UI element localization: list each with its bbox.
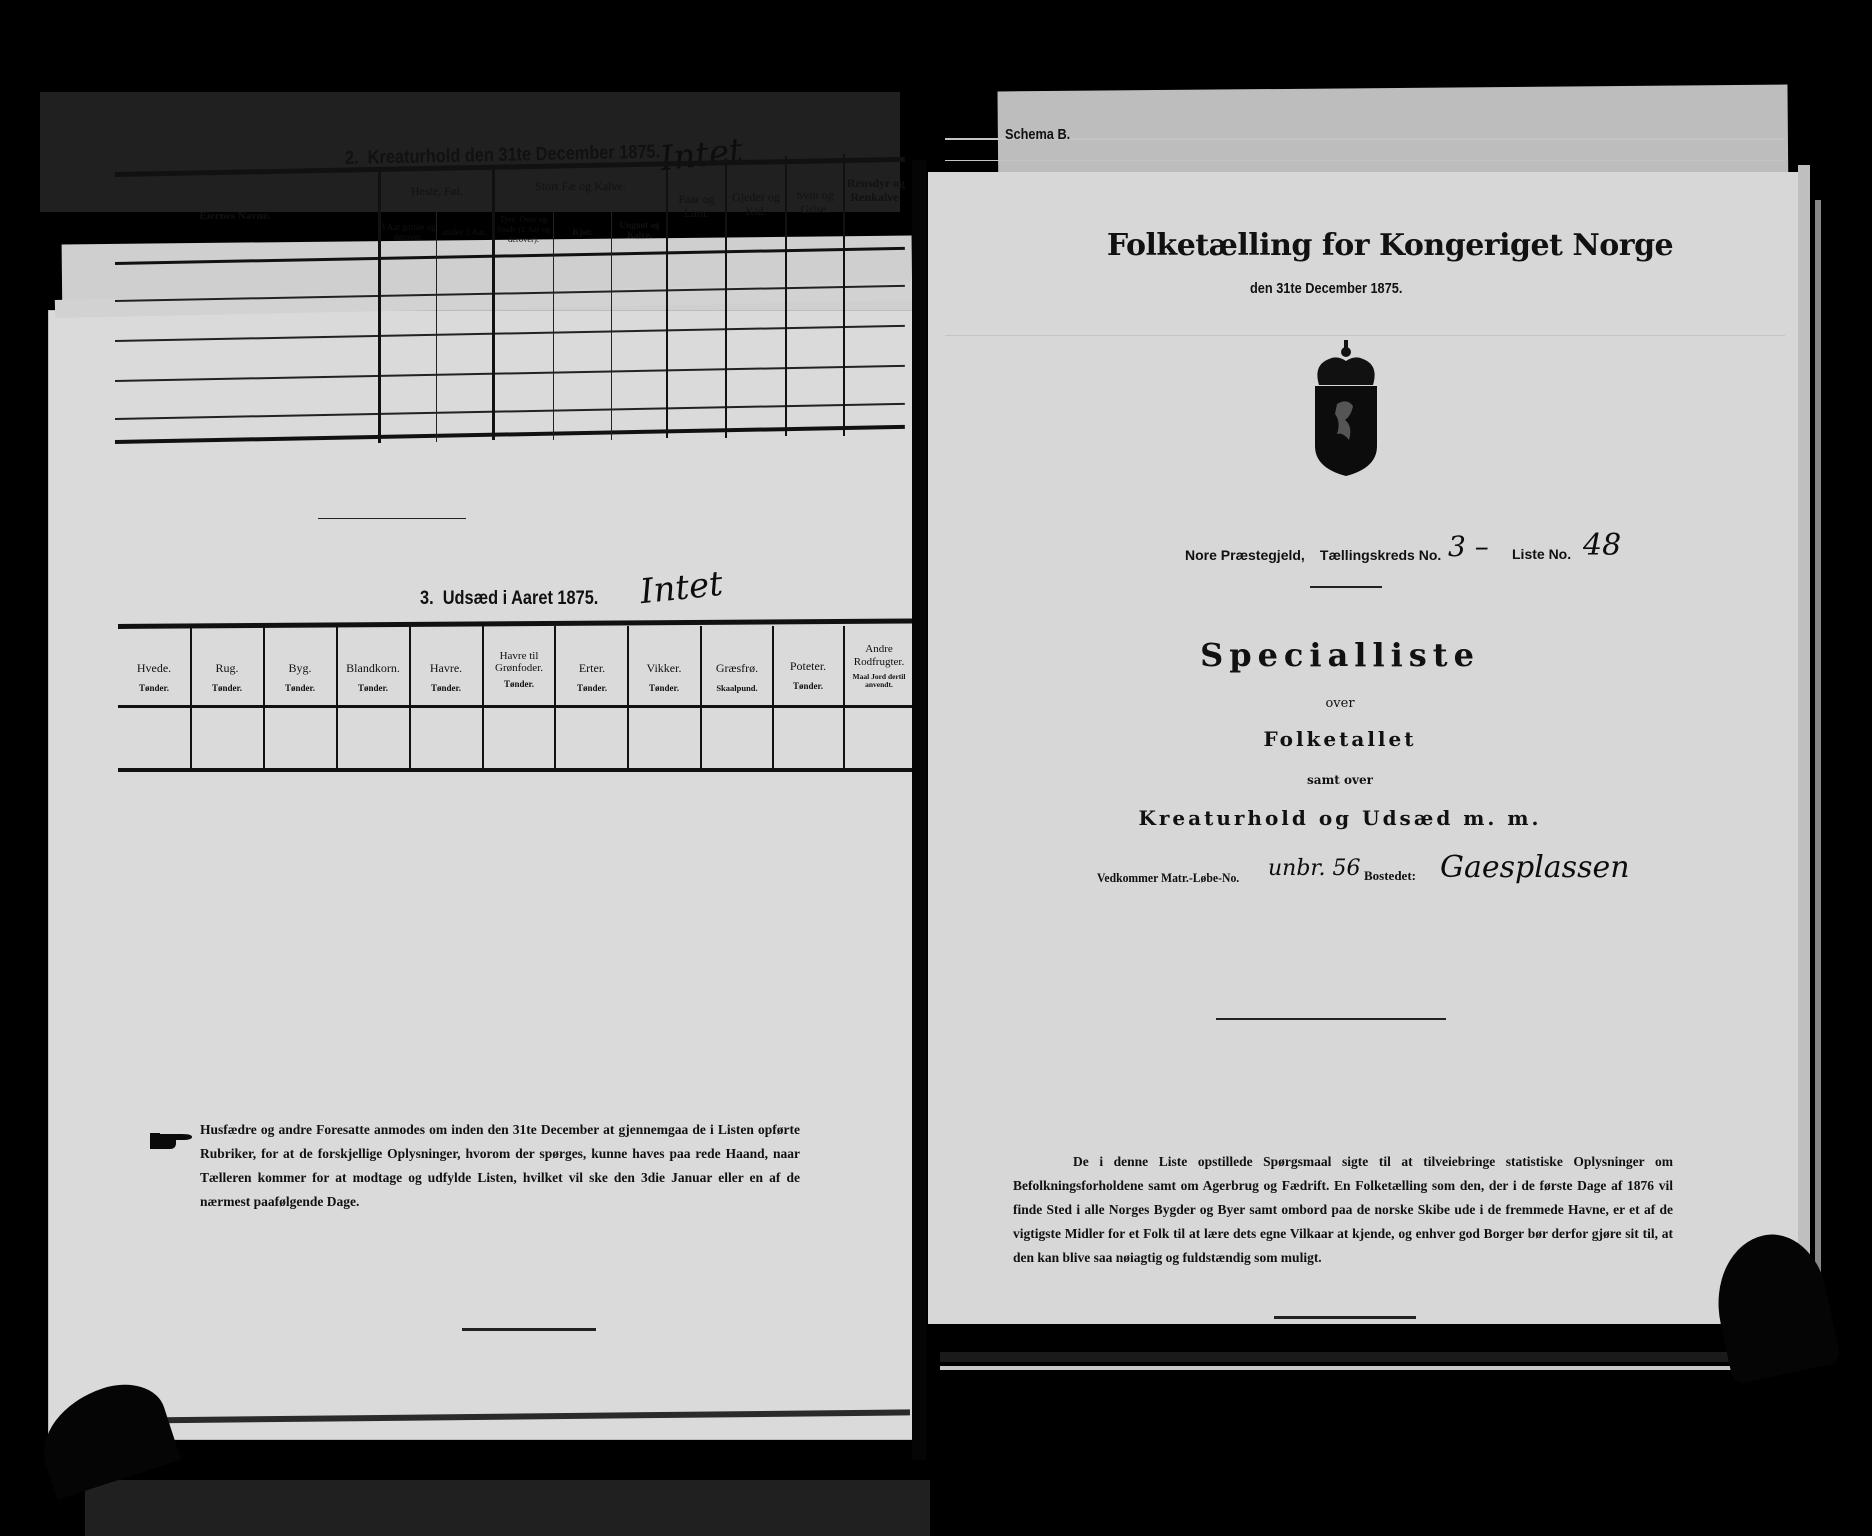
left-page [48, 310, 914, 1440]
over-label-2: samt over [1040, 773, 1640, 787]
col-header-goats: Gjeder og Kid. [727, 190, 785, 218]
col-header-vetch: Vikker.Tønder. [628, 662, 700, 694]
col-line [772, 626, 774, 770]
unit: Tønder. [773, 680, 843, 692]
matr-label: Vedkommer Matr.-Løbe-No. [1097, 870, 1239, 886]
section3-header-bottom-rule [118, 705, 914, 708]
list-number-label: Liste No. [1512, 546, 1571, 562]
label: Poteter. [773, 660, 843, 672]
col-line [553, 210, 554, 440]
col-header-cows: Kjør. [554, 226, 611, 238]
label: Vikker. [628, 662, 700, 674]
col-line [492, 165, 495, 440]
unit: Tønder. [556, 682, 628, 694]
bosted-label: Bostedet: [1364, 868, 1416, 884]
right-page-stack-edge-2 [1815, 200, 1821, 1280]
label: Blandkorn. [337, 662, 409, 674]
ghost-rule [945, 335, 1785, 336]
col-line [700, 626, 702, 770]
section3-title-text: Udsæd i Aaret 1875. [443, 588, 599, 609]
census-title: Folketælling for Kongeriget Norge [1040, 228, 1740, 263]
unit: Tønder. [628, 682, 700, 694]
notice-text: Husfædre og andre Foresatte anmodes om i… [200, 1118, 800, 1214]
col-header-rye: Rug.Tønder. [191, 662, 263, 694]
label: Rug. [191, 662, 263, 674]
label: Græsfrø. [701, 662, 773, 674]
unit: Tønder. [337, 682, 409, 694]
col-line [482, 626, 484, 770]
right-divider-top [1310, 586, 1382, 588]
tally-district-value: 3 – [1448, 530, 1489, 563]
label: Havre. [410, 662, 482, 674]
census-subtitle: den 31te December 1875. [1250, 280, 1402, 297]
col-header-cattle: Stort Fæ og Kalve. [495, 180, 666, 192]
label: Erter. [556, 662, 628, 674]
unit: Tønder. [118, 682, 190, 694]
ghost-rule [945, 138, 1785, 140]
right-page-bottom-edge [940, 1352, 1780, 1362]
col-header-young-cattle: Ungnøt og Kalve. [613, 220, 666, 240]
col-header-barley: Byg.Tønder. [264, 662, 336, 694]
list-number-value: 48 [1583, 528, 1621, 563]
sub-header-line [380, 210, 492, 211]
label: Andre Rodfrugter. [845, 643, 913, 669]
unit: Tønder. [191, 682, 263, 694]
col-line [336, 626, 338, 770]
district-line: Nore Præstegjeld, Tællingskreds No. [1185, 545, 1441, 564]
col-header-wheat: Hvede.Tønder. [118, 662, 190, 694]
col-header-oats: Havre.Tønder. [410, 662, 482, 694]
col-line [190, 626, 192, 770]
section2-number: 2. [345, 148, 359, 169]
norwegian-coat-of-arms-icon [1313, 340, 1379, 478]
right-page-stack-edge [1798, 165, 1810, 1315]
sub-header-line [495, 205, 666, 206]
ghost-rule [945, 160, 1785, 161]
left-bottom-divider [462, 1328, 596, 1331]
col-header-sheep: Faar og Lam. [668, 192, 725, 220]
specialliste-heading: Specialliste [1040, 636, 1640, 674]
right-divider-bottom [1274, 1316, 1416, 1319]
book-spine [912, 160, 926, 1460]
bosted-value: Gaesplassen [1440, 850, 1630, 885]
unit: Tønder. [410, 682, 482, 694]
col-line [554, 626, 556, 770]
section3-title: 3. Udsæd i Aaret 1875. [420, 588, 598, 610]
section-divider [318, 518, 466, 519]
parish-label: Nore Præstegjeld, [1185, 547, 1305, 563]
label: Hvede. [118, 662, 190, 674]
col-header-potatoes: Poteter.Tønder. [773, 660, 843, 692]
pointing-hand-icon [148, 1130, 194, 1152]
unit: Tønder. [264, 682, 336, 694]
col-header-root-crops: Andre Rodfrugter.Maal Jord dertil anvend… [845, 643, 913, 689]
label: Havre til Grønfoder. [483, 650, 555, 674]
schema-label: Schema B. [1005, 126, 1070, 143]
col-header-oats-fodder: Havre til Grønfoder.Tønder. [483, 650, 555, 690]
right-divider-mid [1216, 1018, 1446, 1020]
col-header-grass-seed: Græsfrø.Skaalpund. [701, 662, 773, 694]
col-header-horses-3yr: 3 Aar gamle og derover. [380, 222, 436, 242]
col-header-bulls: Tyre, Oxer og Stude (2 Aar og derover). [494, 214, 553, 244]
col-header-mixed-grain: Blandkorn.Tønder. [337, 662, 409, 694]
col-header-owner: Eiernes Navne. [160, 210, 310, 222]
over-label-1: over [1040, 696, 1640, 711]
tally-district-label: Tællingskreds No. [1320, 547, 1441, 563]
intro-text: De i denne Liste opstillede Spørgsmaal s… [1013, 1150, 1673, 1270]
matr-value: unbr. 56 [1268, 856, 1361, 881]
unit: Maal Jord dertil anvendt. [845, 673, 913, 689]
section3-number: 3. [420, 588, 434, 609]
livestock-sowing-label: Kreaturhold og Udsæd m. m. [1040, 806, 1640, 830]
col-line [611, 210, 612, 440]
col-header-peas: Erter.Tønder. [556, 662, 628, 694]
label: Byg. [264, 662, 336, 674]
col-header-horses: Heste, Føl. [382, 185, 492, 197]
col-line [409, 626, 411, 770]
right-page-bottom-edge-2 [940, 1366, 1780, 1370]
col-line [627, 626, 629, 770]
folketallet-label: Folketallet [1040, 727, 1640, 751]
col-line [263, 626, 265, 770]
col-header-pigs: Svin og Grise. [787, 188, 843, 216]
col-header-reindeer: Rensdyr og Renkalve. [845, 176, 907, 204]
scanner-background-texture-bottom [85, 1480, 930, 1536]
col-header-horses-under3: under 3 Aar. [437, 226, 492, 238]
unit: Skaalpund. [701, 682, 773, 694]
col-line [436, 210, 437, 442]
unit: Tønder. [483, 678, 555, 690]
section3-bottom-rule [118, 768, 914, 772]
